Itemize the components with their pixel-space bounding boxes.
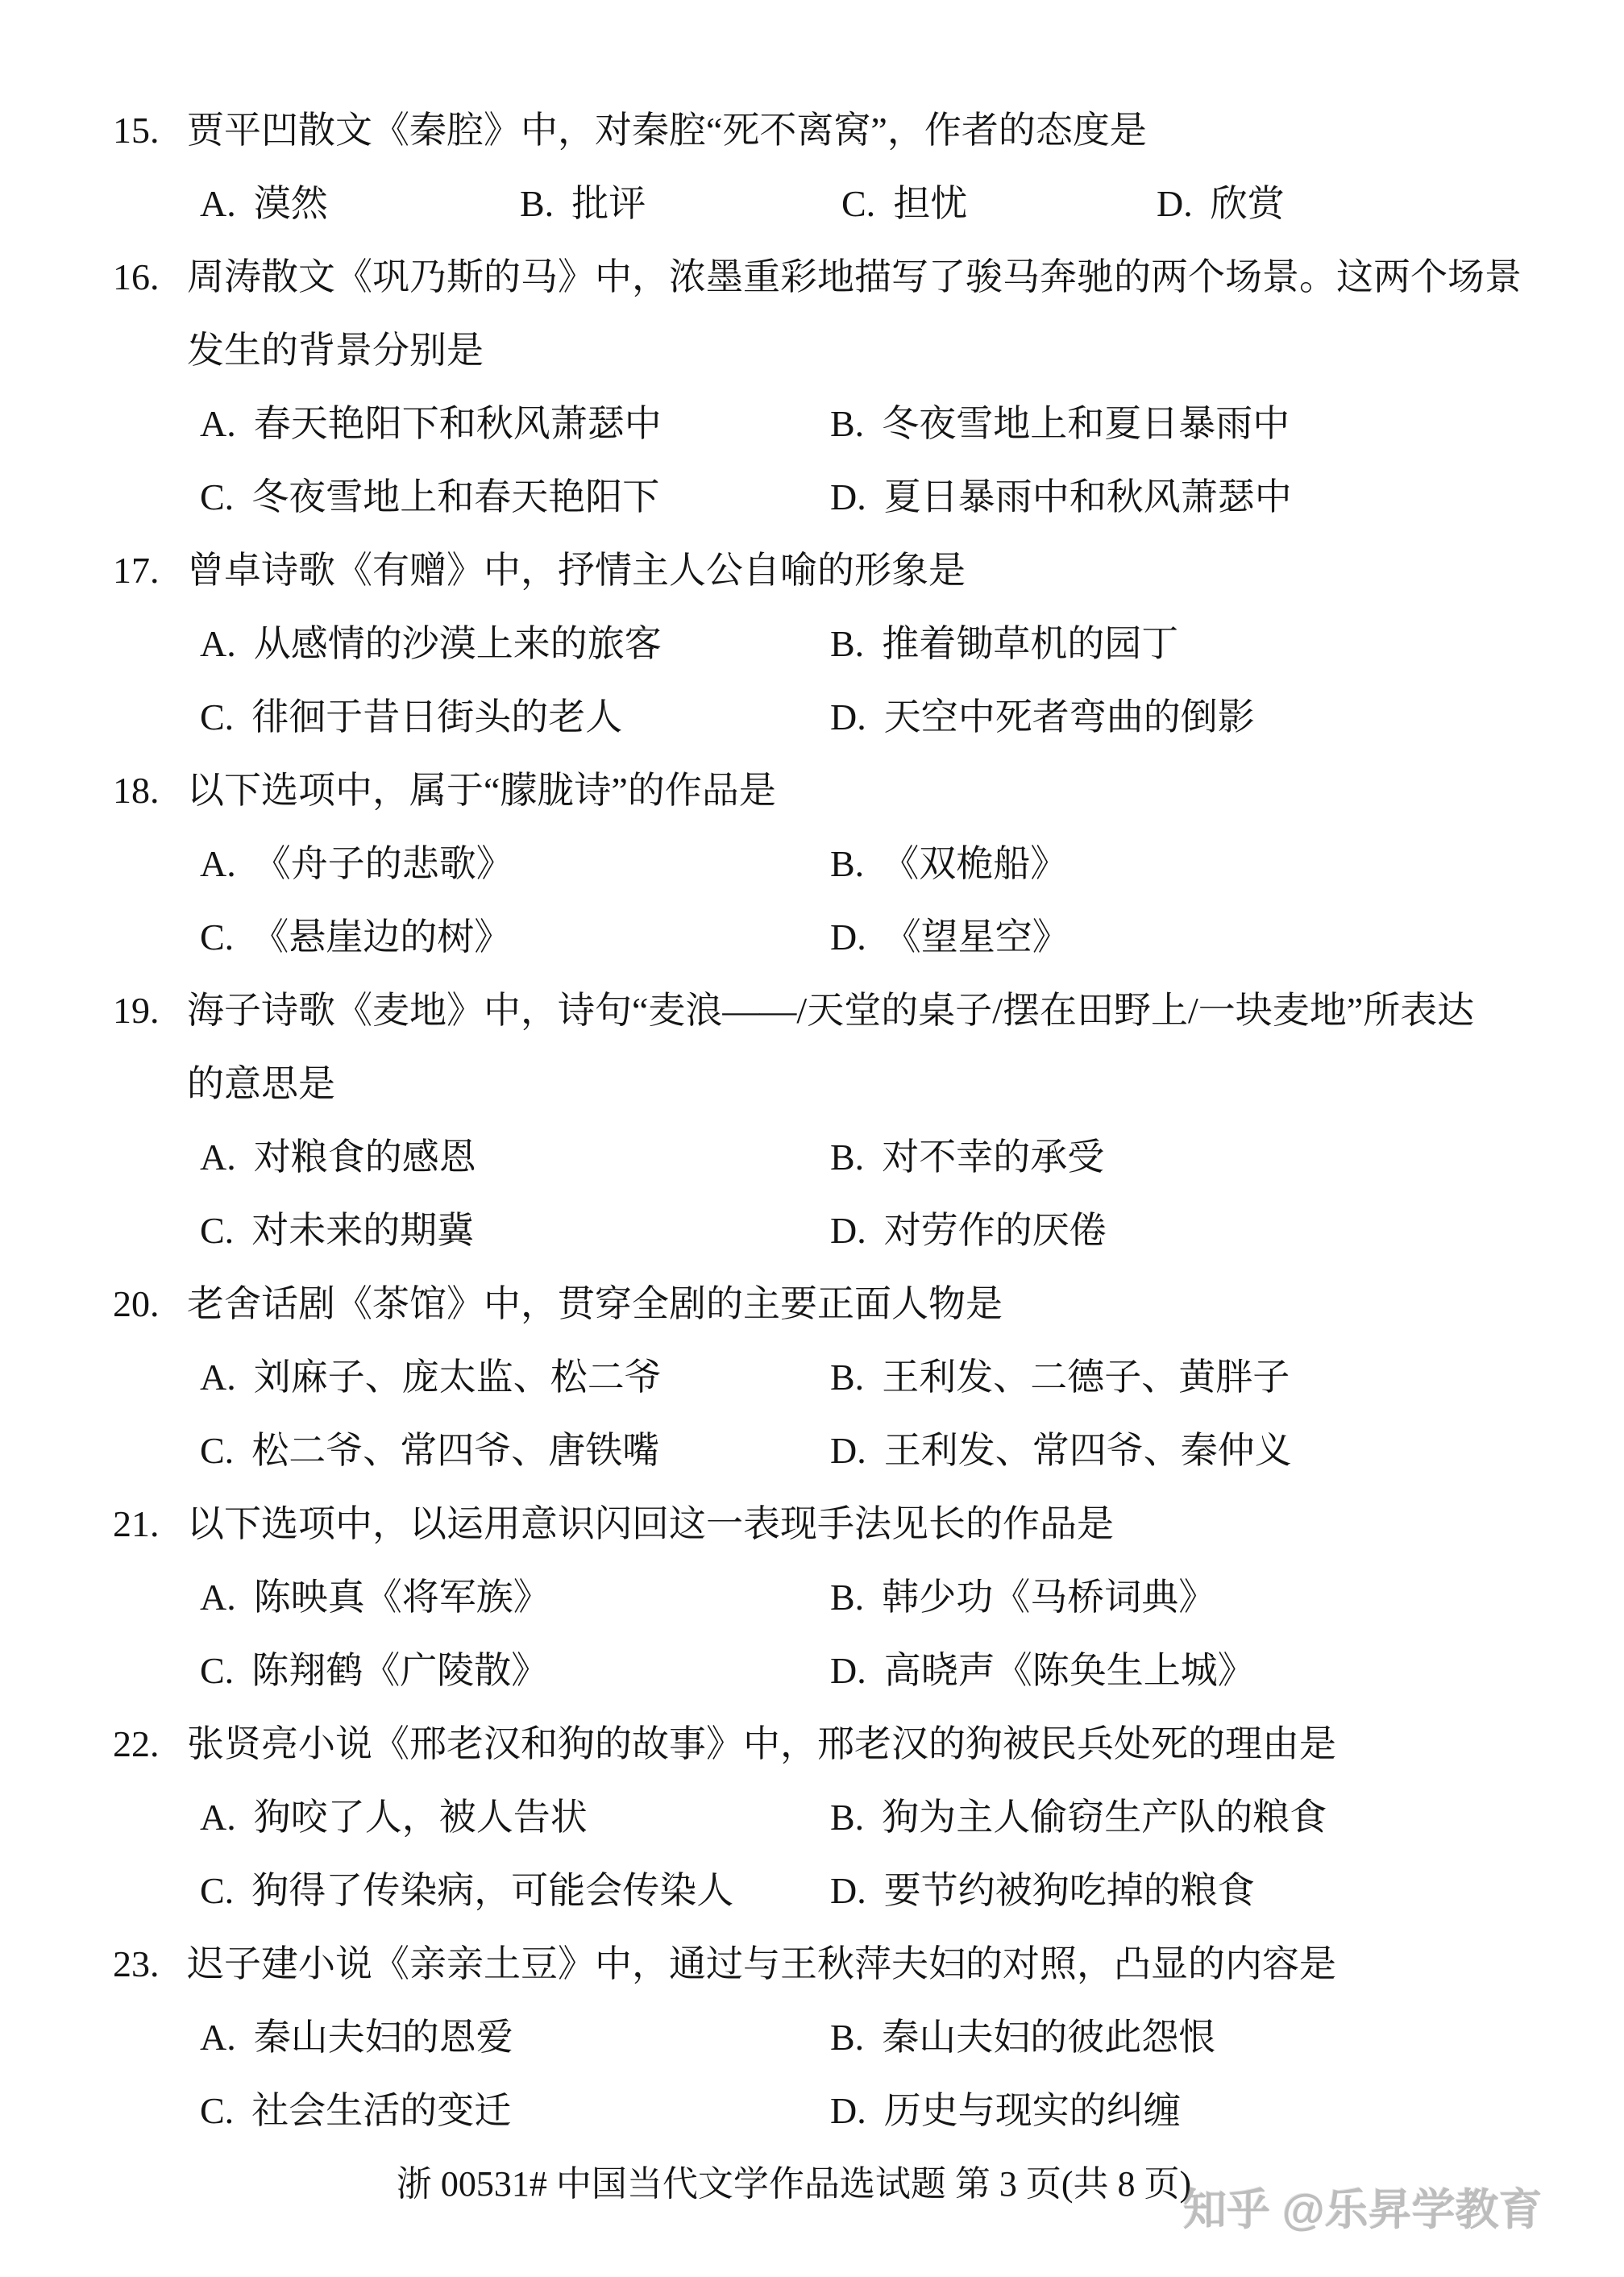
option-d: D.王利发、常四爷、秦仲义: [830, 1414, 1292, 1487]
question-number: 15.: [113, 93, 187, 167]
questions-area: 15.贾平凹散文《秦腔》中，对秦腔“死不离窝”，作者的态度是 A.漠然 B.批评…: [0, 93, 1624, 2221]
option-text: 秦山夫妇的恩爱: [254, 2017, 513, 2058]
question-line: 17.曾卓诗歌《有赠》中，抒情主人公自喻的形象是: [0, 534, 1624, 607]
option-text: 王利发、常四爷、秦仲义: [884, 1430, 1292, 1471]
options-row: C.陈翔鹤《广陵散》 D.高晓声《陈奂生上城》: [0, 1634, 1624, 1707]
option-c: C.《悬崖边的树》: [200, 900, 830, 974]
option-label: A.: [200, 183, 236, 224]
option-label: B.: [830, 623, 864, 664]
option-text: 《望星空》: [884, 916, 1070, 958]
option-text: 历史与现实的纠缠: [884, 2090, 1181, 2131]
option-label: B.: [830, 2017, 864, 2058]
options-row: C.对未来的期冀 D.对劳作的厌倦: [0, 1194, 1624, 1267]
question-line-continued: 发生的背景分别是: [0, 314, 1624, 387]
option-label: C.: [200, 1210, 234, 1251]
option-label: B.: [830, 1136, 864, 1178]
question-line: 20.老舍话剧《茶馆》中，贯穿全剧的主要正面人物是: [0, 1267, 1624, 1340]
option-d: D.高晓声《陈奂生上城》: [830, 1634, 1255, 1707]
question-line: 18.以下选项中，属于“朦胧诗”的作品是: [0, 754, 1624, 827]
question-line-continued: 的意思是: [0, 1047, 1624, 1120]
options-row: A.从感情的沙漠上来的旅客 B.推着锄草机的园丁: [0, 607, 1624, 680]
option-label: C.: [200, 1430, 234, 1471]
question-23: 23.迟子建小说《亲亲土豆》中，通过与王秋萍夫妇的对照，凸显的内容是 A.秦山夫…: [0, 1927, 1624, 2147]
option-d: D.欣赏: [1157, 167, 1285, 240]
question-text: 以下选项中，以运用意识闪回这一表现手法见长的作品是: [187, 1503, 1114, 1544]
option-b: B.对不幸的承受: [830, 1120, 1104, 1194]
option-label: B.: [830, 1797, 864, 1838]
option-label: A.: [200, 1797, 236, 1838]
option-label: B.: [830, 843, 864, 884]
option-text: 韩少功《马桥词典》: [882, 1577, 1215, 1618]
question-number: 22.: [113, 1707, 187, 1780]
question-text: 以下选项中，属于“朦胧诗”的作品是: [187, 770, 776, 811]
option-label: C.: [200, 916, 234, 958]
question-line: 23.迟子建小说《亲亲土豆》中，通过与王秋萍夫妇的对照，凸显的内容是: [0, 1927, 1624, 2001]
options-row: C.狗得了传染病，可能会传染人 D.要节约被狗吃掉的粮食: [0, 1854, 1624, 1927]
option-text: 《双桅船》: [882, 843, 1067, 884]
options-row: C.社会生活的变迁 D.历史与现实的纠缠: [0, 2074, 1624, 2147]
question-text: 迟子建小说《亲亲土豆》中，通过与王秋萍夫妇的对照，凸显的内容是: [187, 1943, 1336, 1984]
question-text: 周涛散文《巩乃斯的马》中，浓墨重彩地描写了骏马奔驰的两个场景。这两个场景: [187, 256, 1522, 297]
option-label: B.: [830, 1357, 864, 1398]
option-text: 王利发、二德子、黄胖子: [882, 1357, 1290, 1398]
option-text: 从感情的沙漠上来的旅客: [254, 623, 662, 664]
option-text: 推着锄草机的园丁: [882, 623, 1178, 664]
option-text: 漠然: [254, 183, 328, 224]
exam-paper-page: 15.贾平凹散文《秦腔》中，对秦腔“死不离窝”，作者的态度是 A.漠然 B.批评…: [0, 0, 1624, 2277]
option-a: A.漠然: [200, 167, 520, 240]
option-label: D.: [1157, 183, 1193, 224]
options-row: A.刘麻子、庞太监、松二爷 B.王利发、二德子、黄胖子: [0, 1340, 1624, 1414]
option-text: 对不幸的承受: [882, 1136, 1104, 1178]
option-a: A.刘麻子、庞太监、松二爷: [200, 1340, 830, 1414]
option-text: 松二爷、常四爷、唐铁嘴: [251, 1430, 659, 1471]
option-label: C.: [200, 476, 234, 517]
option-text: 高晓声《陈奂生上城》: [884, 1650, 1255, 1691]
question-text: 海子诗歌《麦地》中，诗句“麦浪——/天堂的桌子/摆在田野上/一块麦地”所表达: [187, 990, 1474, 1031]
options-row: A.陈映真《将军族》 B.韩少功《马桥词典》: [0, 1560, 1624, 1634]
option-label: C.: [200, 1870, 234, 1911]
question-21: 21.以下选项中，以运用意识闪回这一表现手法见长的作品是 A.陈映真《将军族》 …: [0, 1487, 1624, 1707]
option-text: 冬夜雪地上和春天艳阳下: [251, 476, 659, 517]
option-a: A.《舟子的悲歌》: [200, 827, 830, 900]
watermark: 知乎 @乐昇学教育: [1183, 2181, 1543, 2239]
option-c: C.冬夜雪地上和春天艳阳下: [200, 460, 830, 534]
option-a: A.春天艳阳下和秋风萧瑟中: [200, 387, 830, 460]
option-b: B.《双桅船》: [830, 827, 1067, 900]
question-15: 15.贾平凹散文《秦腔》中，对秦腔“死不离窝”，作者的态度是 A.漠然 B.批评…: [0, 93, 1624, 240]
question-text: 张贤亮小说《邢老汉和狗的故事》中，邢老汉的狗被民兵处死的理由是: [187, 1723, 1336, 1764]
option-a: A.狗咬了人，被人告状: [200, 1780, 830, 1854]
option-label: B.: [830, 1577, 864, 1618]
option-d: D.天空中死者弯曲的倒影: [830, 680, 1255, 754]
option-text: 冬夜雪地上和夏日暴雨中: [882, 403, 1290, 444]
options-row: A.对粮食的感恩 B.对不幸的承受: [0, 1120, 1624, 1194]
option-a: A.秦山夫妇的恩爱: [200, 2001, 830, 2074]
option-a: A.陈映真《将军族》: [200, 1560, 830, 1634]
option-a: A.从感情的沙漠上来的旅客: [200, 607, 830, 680]
option-text: 天空中死者弯曲的倒影: [884, 696, 1255, 738]
option-label: A.: [200, 1136, 236, 1178]
option-b: B.冬夜雪地上和夏日暴雨中: [830, 387, 1290, 460]
option-text: 对劳作的厌倦: [884, 1210, 1107, 1251]
options-row: C.徘徊于昔日街头的老人 D.天空中死者弯曲的倒影: [0, 680, 1624, 754]
option-label: D.: [830, 476, 866, 517]
question-line: 22.张贤亮小说《邢老汉和狗的故事》中，邢老汉的狗被民兵处死的理由是: [0, 1707, 1624, 1780]
option-c: C.社会生活的变迁: [200, 2074, 830, 2147]
option-d: D.历史与现实的纠缠: [830, 2074, 1181, 2147]
option-c: C.陈翔鹤《广陵散》: [200, 1634, 830, 1707]
question-text: 发生的背景分别是: [187, 330, 484, 371]
option-a: A.对粮食的感恩: [200, 1120, 830, 1194]
option-label: A.: [200, 1357, 236, 1398]
option-c: C.徘徊于昔日街头的老人: [200, 680, 830, 754]
option-text: 秦山夫妇的彼此怨恨: [882, 2017, 1215, 2058]
question-line: 21.以下选项中，以运用意识闪回这一表现手法见长的作品是: [0, 1487, 1624, 1560]
question-number: 20.: [113, 1267, 187, 1340]
question-number: 23.: [113, 1927, 187, 2001]
option-label: A.: [200, 1577, 236, 1618]
option-d: D.夏日暴雨中和秋风萧瑟中: [830, 460, 1292, 534]
option-text: 对粮食的感恩: [254, 1136, 476, 1178]
option-label: A.: [200, 843, 236, 884]
question-19: 19.海子诗歌《麦地》中，诗句“麦浪——/天堂的桌子/摆在田野上/一块麦地”所表…: [0, 974, 1624, 1267]
option-text: 狗咬了人，被人告状: [254, 1797, 588, 1838]
question-text: 曾卓诗歌《有赠》中，抒情主人公自喻的形象是: [187, 550, 966, 591]
question-20: 20.老舍话剧《茶馆》中，贯穿全剧的主要正面人物是 A.刘麻子、庞太监、松二爷 …: [0, 1267, 1624, 1487]
option-text: 批评: [571, 183, 646, 224]
option-b: B.推着锄草机的园丁: [830, 607, 1178, 680]
options-row: C.松二爷、常四爷、唐铁嘴 D.王利发、常四爷、秦仲义: [0, 1414, 1624, 1487]
option-label: D.: [830, 696, 866, 738]
option-label: C.: [841, 183, 875, 224]
option-label: D.: [830, 2090, 866, 2131]
question-line: 16.周涛散文《巩乃斯的马》中，浓墨重彩地描写了骏马奔驰的两个场景。这两个场景: [0, 240, 1624, 314]
options-row: A.秦山夫妇的恩爱 B.秦山夫妇的彼此怨恨: [0, 2001, 1624, 2074]
option-b: B.狗为主人偷窃生产队的粮食: [830, 1780, 1327, 1854]
option-label: A.: [200, 403, 236, 444]
option-label: D.: [830, 916, 866, 958]
options-row: C.《悬崖边的树》 D.《望星空》: [0, 900, 1624, 974]
option-text: 《悬崖边的树》: [251, 916, 511, 958]
question-number: 16.: [113, 240, 187, 314]
option-label: D.: [830, 1430, 866, 1471]
option-text: 狗为主人偷窃生产队的粮食: [882, 1797, 1327, 1838]
option-text: 对未来的期冀: [251, 1210, 474, 1251]
option-label: D.: [830, 1870, 866, 1911]
options-row: C.冬夜雪地上和春天艳阳下 D.夏日暴雨中和秋风萧瑟中: [0, 460, 1624, 534]
question-number: 17.: [113, 534, 187, 607]
option-text: 欣赏: [1211, 183, 1285, 224]
option-text: 春天艳阳下和秋风萧瑟中: [254, 403, 662, 444]
option-text: 徘徊于昔日街头的老人: [251, 696, 622, 738]
question-22: 22.张贤亮小说《邢老汉和狗的故事》中，邢老汉的狗被民兵处死的理由是 A.狗咬了…: [0, 1707, 1624, 1927]
option-text: 要节约被狗吃掉的粮食: [884, 1870, 1255, 1911]
option-c: C.对未来的期冀: [200, 1194, 830, 1267]
option-text: 狗得了传染病，可能会传染人: [251, 1870, 733, 1911]
question-17: 17.曾卓诗歌《有赠》中，抒情主人公自喻的形象是 A.从感情的沙漠上来的旅客 B…: [0, 534, 1624, 754]
option-c: C.狗得了传染病，可能会传染人: [200, 1854, 830, 1927]
option-label: C.: [200, 696, 234, 738]
question-number: 21.: [113, 1487, 187, 1560]
option-text: 陈翔鹤《广陵散》: [251, 1650, 548, 1691]
options-row: A.春天艳阳下和秋风萧瑟中 B.冬夜雪地上和夏日暴雨中: [0, 387, 1624, 460]
question-18: 18.以下选项中，属于“朦胧诗”的作品是 A.《舟子的悲歌》 B.《双桅船》 C…: [0, 754, 1624, 974]
option-text: 夏日暴雨中和秋风萧瑟中: [884, 476, 1292, 517]
option-label: C.: [200, 1650, 234, 1691]
question-text: 的意思是: [187, 1063, 335, 1104]
option-text: 担忧: [893, 183, 967, 224]
question-number: 18.: [113, 754, 187, 827]
question-text: 老舍话剧《茶馆》中，贯穿全剧的主要正面人物是: [187, 1283, 1003, 1324]
option-label: D.: [830, 1210, 866, 1251]
option-label: B.: [520, 183, 554, 224]
option-c: C.松二爷、常四爷、唐铁嘴: [200, 1414, 830, 1487]
option-text: 刘麻子、庞太监、松二爷: [254, 1357, 662, 1398]
question-number: 19.: [113, 974, 187, 1047]
option-text: 《舟子的悲歌》: [254, 843, 513, 884]
option-label: A.: [200, 623, 236, 664]
option-d: D.《望星空》: [830, 900, 1070, 974]
option-b: B.王利发、二德子、黄胖子: [830, 1340, 1290, 1414]
option-b: B.批评: [520, 167, 841, 240]
question-line: 15.贾平凹散文《秦腔》中，对秦腔“死不离窝”，作者的态度是: [0, 93, 1624, 167]
option-b: B.韩少功《马桥词典》: [830, 1560, 1215, 1634]
option-label: C.: [200, 2090, 234, 2131]
option-b: B.秦山夫妇的彼此怨恨: [830, 2001, 1215, 2074]
options-row: A.《舟子的悲歌》 B.《双桅船》: [0, 827, 1624, 900]
option-text: 社会生活的变迁: [251, 2090, 511, 2131]
option-label: B.: [830, 403, 864, 444]
option-d: D.对劳作的厌倦: [830, 1194, 1107, 1267]
question-line: 19.海子诗歌《麦地》中，诗句“麦浪——/天堂的桌子/摆在田野上/一块麦地”所表…: [0, 974, 1624, 1047]
options-row: A.狗咬了人，被人告状 B.狗为主人偷窃生产队的粮食: [0, 1780, 1624, 1854]
option-label: D.: [830, 1650, 866, 1691]
question-text: 贾平凹散文《秦腔》中，对秦腔“死不离窝”，作者的态度是: [187, 110, 1147, 151]
option-d: D.要节约被狗吃掉的粮食: [830, 1854, 1255, 1927]
option-text: 陈映真《将军族》: [254, 1577, 550, 1618]
option-label: A.: [200, 2017, 236, 2058]
options-row: A.漠然 B.批评 C.担忧 D.欣赏: [0, 167, 1624, 240]
option-c: C.担忧: [841, 167, 1157, 240]
question-16: 16.周涛散文《巩乃斯的马》中，浓墨重彩地描写了骏马奔驰的两个场景。这两个场景 …: [0, 240, 1624, 534]
